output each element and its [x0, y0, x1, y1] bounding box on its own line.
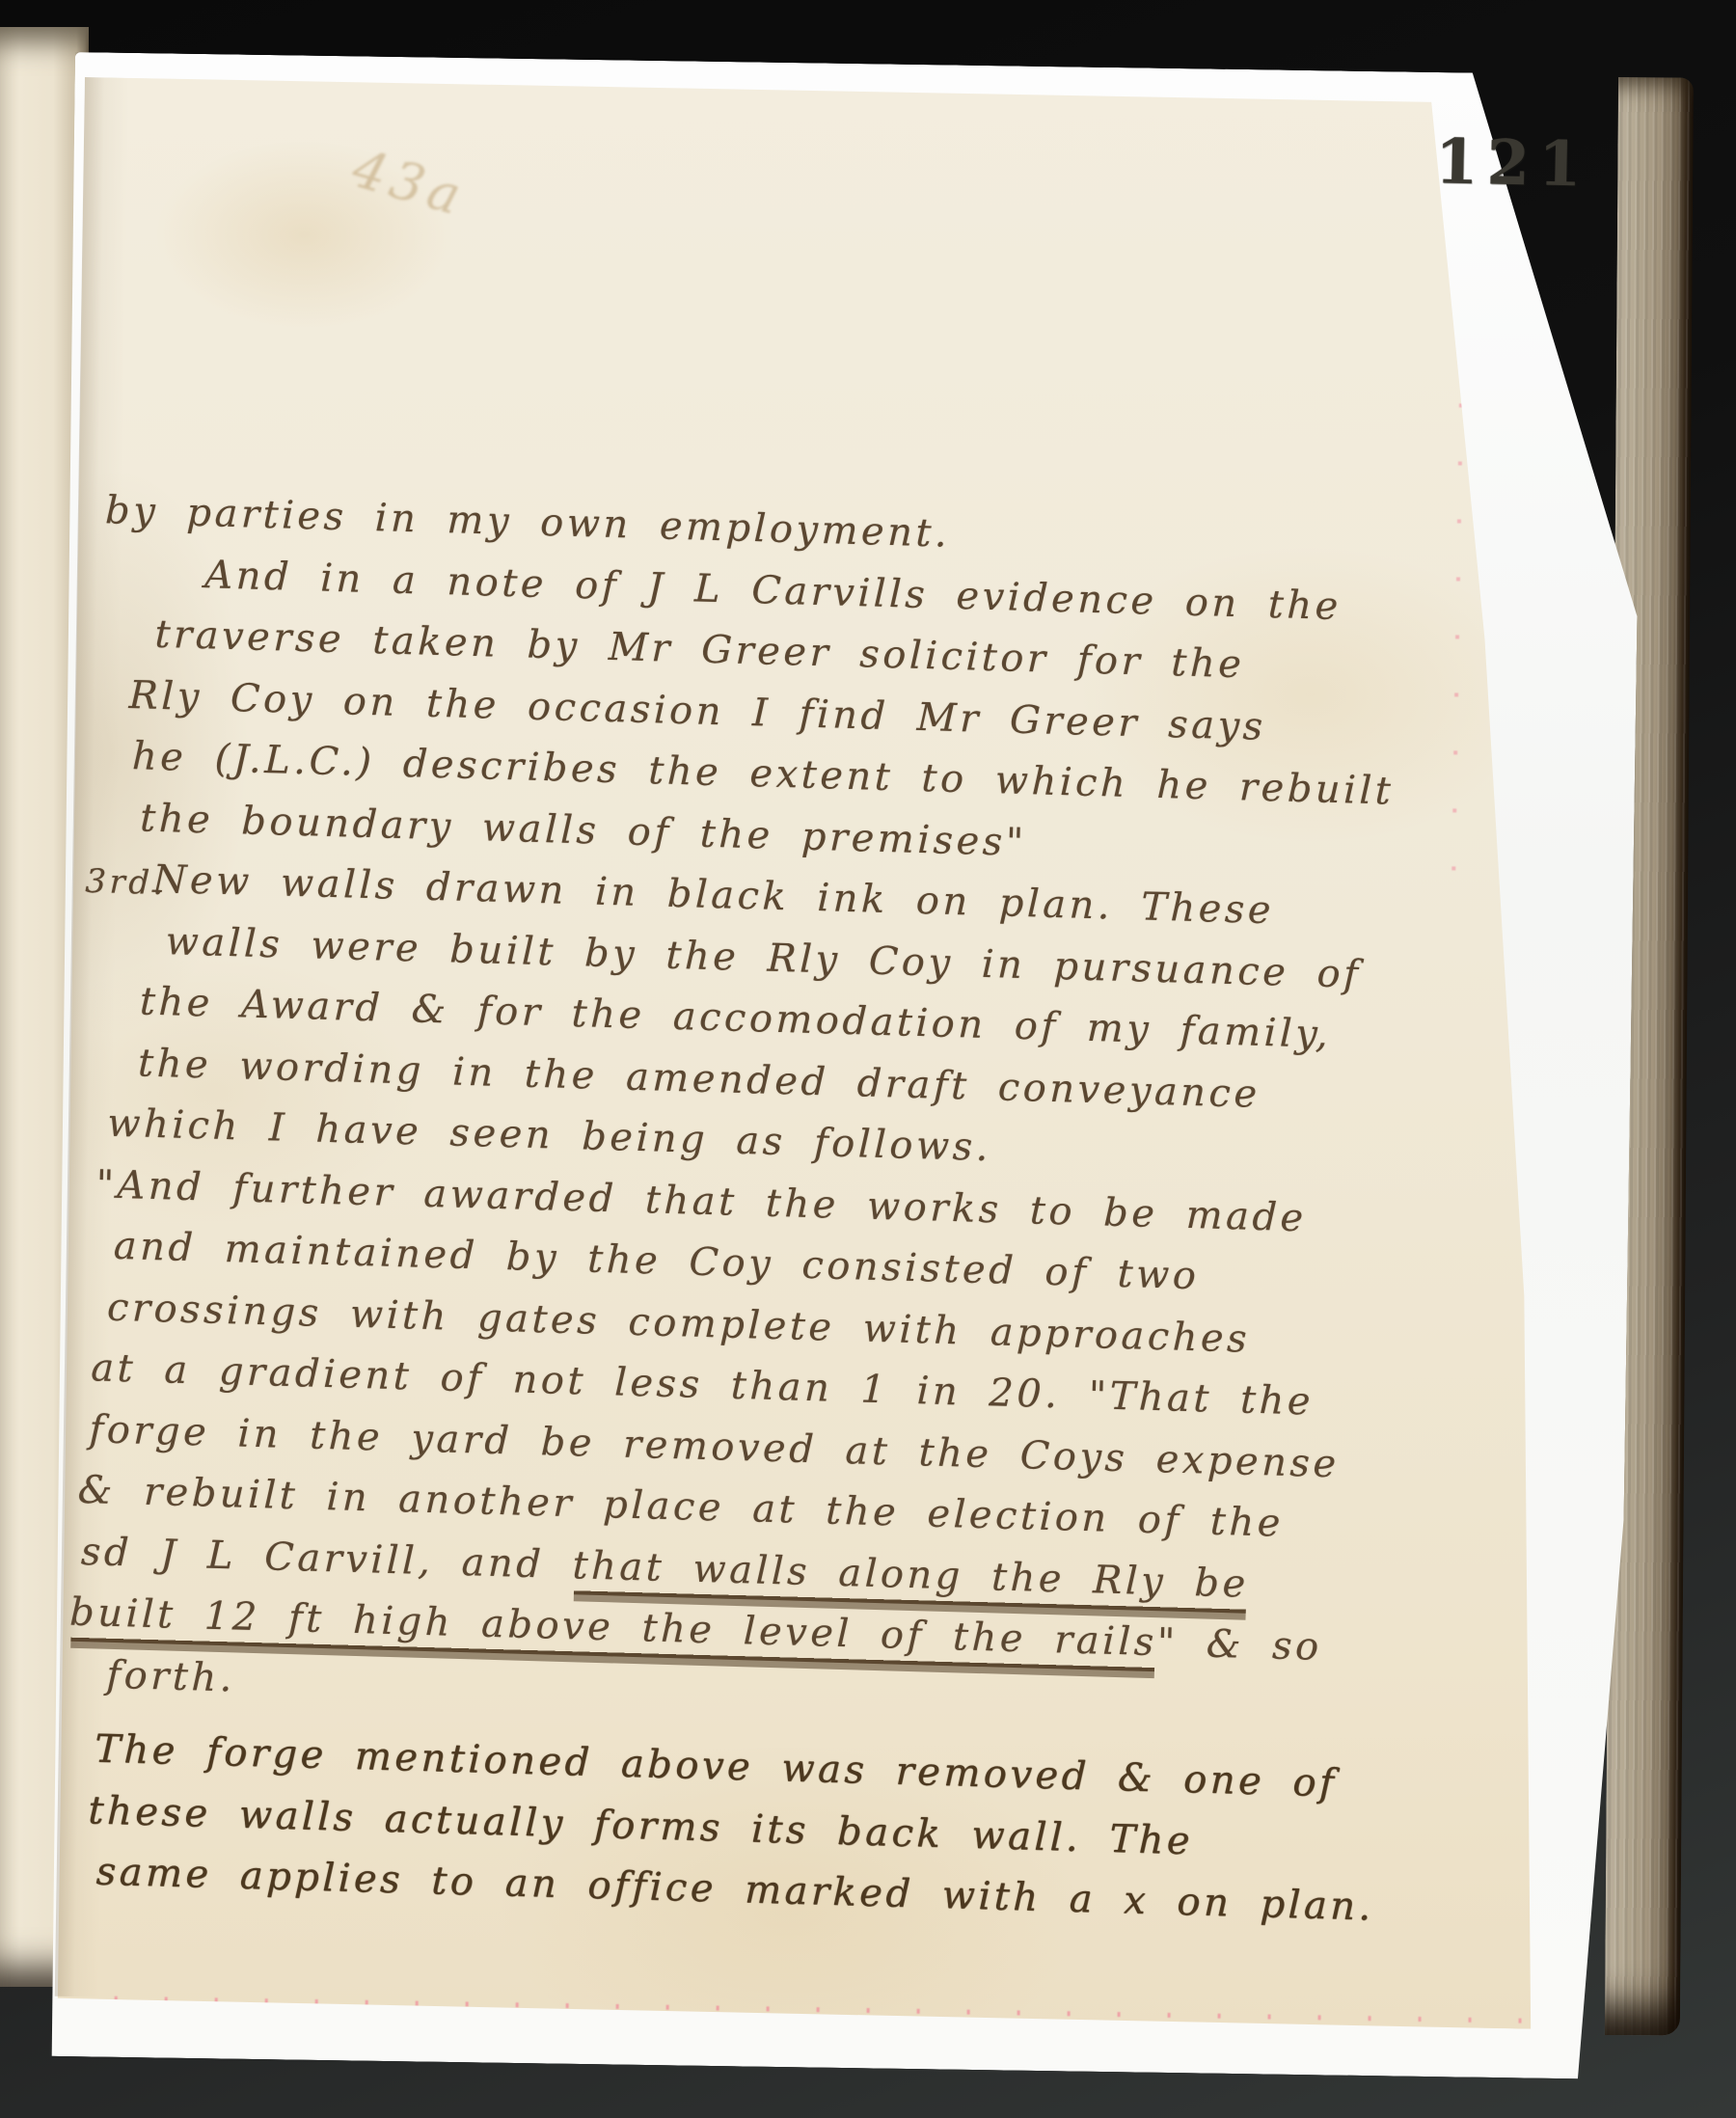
margin-note: 3rd. — [84, 852, 167, 915]
page-number-stamp: 121 — [1434, 125, 1590, 201]
manuscript-text: by parties in my own employment.And in a… — [57, 480, 1514, 1941]
handwritten-text: sd J L Carvill, and — [80, 1529, 573, 1587]
handwritten-text: forth. — [106, 1652, 236, 1700]
handwritten-text: " & so — [1156, 1620, 1322, 1670]
photograph-background: { "document": { "page_number": "121", "f… — [0, 0, 1736, 2118]
